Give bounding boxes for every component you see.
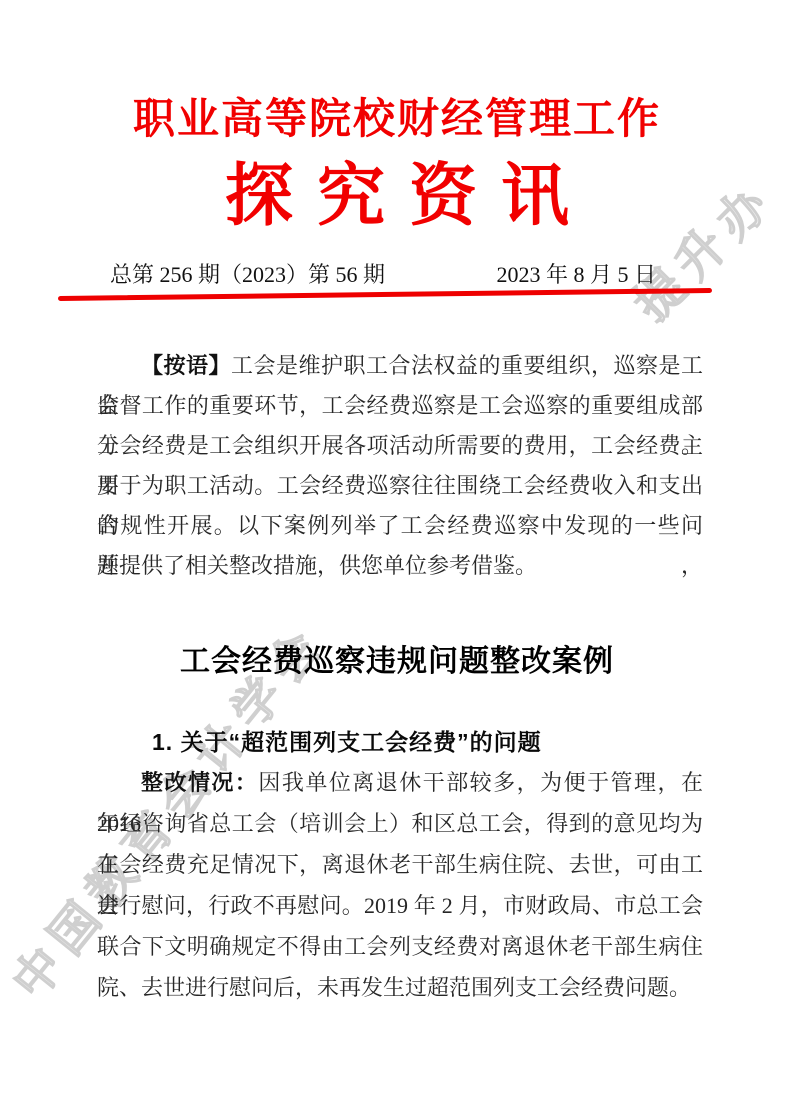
masthead-divider-rule — [58, 288, 712, 301]
masthead-supertitle: 职业高等院校财经管理工作 — [0, 86, 794, 146]
paragraph-line: 整改情况：因我单位离退休干部较多，为便于管理，在 2016 — [97, 762, 703, 803]
document-page: 中国教育会计学会 提升办 职业高等院校财经管理工作 探究资讯 总第 256 期（… — [0, 0, 794, 1108]
paragraph-line: 监督工作的重要环节，工会经费巡察是工会巡察的重要组成部分。 — [97, 386, 703, 426]
paragraph-line: 工会经费是工会组织开展各项活动所需要的费用，工会经费主要 — [97, 426, 703, 466]
paragraph-line: 院、去世进行慰问后，未再发生过超范围列支工会经费问题。 — [97, 967, 703, 1008]
case1-heading: 1. 关于“超范围列支工会经费”的问题 — [97, 724, 703, 757]
paragraph-line: 进行慰问，行政不再慰问。2019 年 2 月，市财政局、市总工会 — [97, 885, 703, 926]
masthead-title: 探究资讯 — [0, 142, 794, 239]
paragraph-line: 年经咨询省总工会（培训会上）和区总工会，得到的意见均为在 — [97, 803, 703, 844]
issue-number: 总第 256 期（2023）第 56 期 — [110, 258, 385, 289]
article-title: 工会经费巡察违规问题整改案例 — [0, 636, 794, 680]
issue-row: 总第 256 期（2023）第 56 期 2023 年 8 月 5 日 — [0, 258, 794, 289]
paragraph-line: 【按语】工会是维护职工合法权益的重要组织，巡察是工会 — [97, 346, 703, 386]
rectification-label: 整改情况： — [141, 770, 258, 795]
editors-note-paragraph: 【按语】工会是维护职工合法权益的重要组织，巡察是工会 监督工作的重要环节，工会经… — [97, 346, 703, 586]
paragraph-line: 联合下文明确规定不得由工会列支经费对离退休老干部生病住 — [97, 926, 703, 967]
editors-note-label: 【按语】 — [141, 353, 231, 378]
issue-date: 2023 年 8 月 5 日 — [496, 258, 656, 289]
paragraph-line: 合规性开展。以下案例列举了工会经费巡察中发现的一些问题， — [97, 506, 703, 546]
case1-paragraph: 整改情况：因我单位离退休干部较多，为便于管理，在 2016 年经咨询省总工会（培… — [97, 762, 703, 1008]
paragraph-line: 用于为职工活动。工会经费巡察往往围绕工会经费收入和支出的 — [97, 466, 703, 506]
paragraph-line: 工会经费充足情况下，离退休老干部生病住院、去世，可由工会 — [97, 844, 703, 885]
